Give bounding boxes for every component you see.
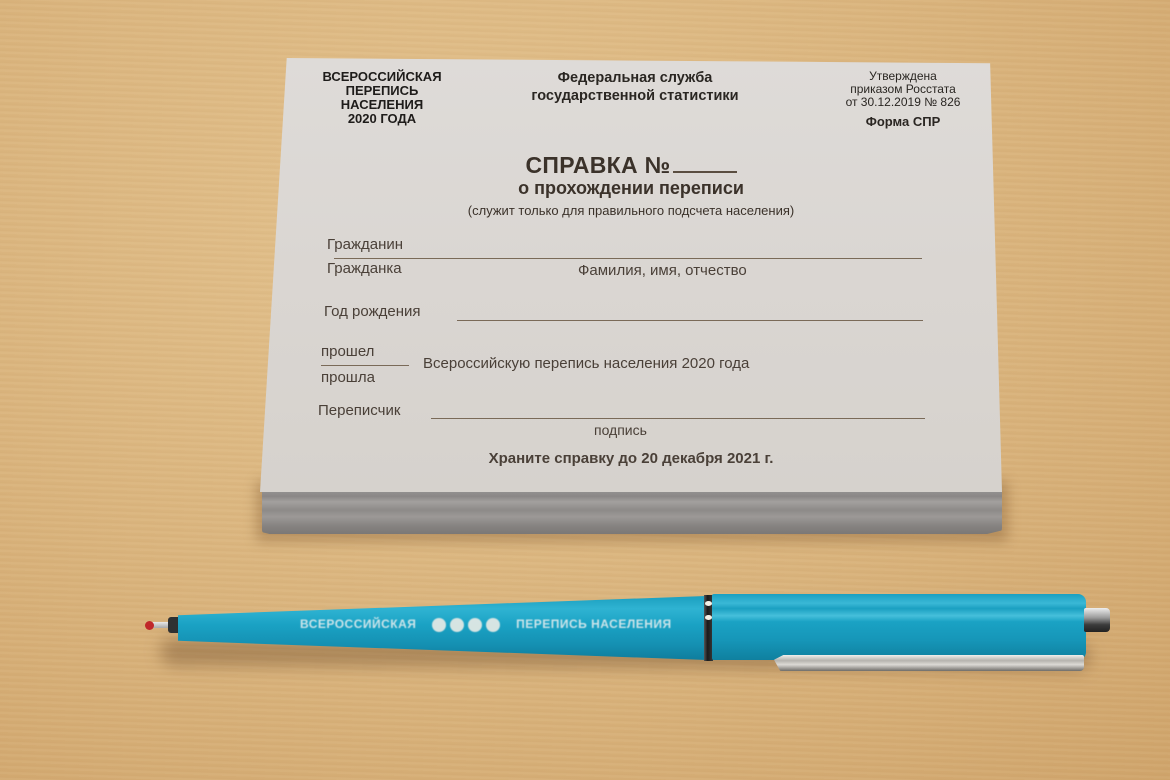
number-blank [673, 155, 737, 173]
agency-name: Федеральная служба государственной стати… [480, 69, 790, 105]
birth-year-label: Год рождения [324, 303, 420, 320]
census-logo-icon [430, 617, 502, 632]
agency-name-line: Федеральная служба [480, 69, 790, 87]
pen-upper-barrel [712, 594, 1086, 660]
title-text: СПРАВКА № [525, 152, 670, 178]
passed-census-text: Всероссийскую перепись населения 2020 го… [423, 355, 749, 372]
signature-line [431, 418, 925, 419]
header-left-line: ПЕРЕПИСЬ [302, 84, 462, 98]
name-caption: Фамилия, имя, отчество [578, 262, 747, 279]
passed-female-label: прошла [321, 369, 375, 386]
pen-tip-red [145, 621, 154, 630]
citizen-male-label: Гражданин [327, 236, 403, 253]
passed-male-label: прошел [321, 343, 374, 360]
certificate-subtitle: о прохождении переписи [260, 178, 1002, 199]
enumerator-label: Переписчик [318, 402, 400, 419]
header-left-line: ВСЕРОССИЙСКАЯ [302, 70, 462, 84]
desk-scene: ВСЕРОССИЙСКАЯ ПЕРЕПИСЬ НАСЕЛЕНИЯ 2020 ГО… [0, 0, 1170, 780]
form-name: Форма СПР [808, 115, 998, 128]
pen-imprint-left: ВСЕРОССИЙСКАЯ [300, 617, 416, 631]
birth-year-line [457, 320, 923, 321]
name-line [334, 258, 922, 259]
census-logo-text: ВСЕРОССИЙСКАЯ ПЕРЕПИСЬ НАСЕЛЕНИЯ 2020 ГО… [302, 70, 462, 126]
signature-caption: подпись [594, 422, 647, 438]
pen-imprint-right: ПЕРЕПИСЬ НАСЕЛЕНИЯ [516, 617, 672, 631]
citizen-female-label: Гражданка [327, 260, 402, 277]
passed-divider [321, 365, 409, 366]
header-left-line: 2020 ГОДА [302, 112, 462, 126]
certificate-note: (служит только для правильного подсчета … [260, 203, 1002, 218]
card-stack-edge [262, 488, 1002, 534]
approval-line: от 30.12.2019 № 826 [808, 96, 998, 109]
keep-until-footer: Храните справку до 20 декабря 2021 г. [260, 450, 1002, 467]
pen-clip [774, 655, 1084, 671]
pen-imprint: ВСЕРОССИЙСКАЯ ПЕРЕПИСЬ НАСЕЛЕНИЯ [300, 617, 700, 633]
agency-name-line: государственной статистики [480, 87, 790, 105]
certificate-title: СПРАВКА № [260, 152, 1002, 179]
approval-note: Утверждена приказом Росстата от 30.12.20… [808, 70, 998, 128]
census-certificate-card: ВСЕРОССИЙСКАЯ ПЕРЕПИСЬ НАСЕЛЕНИЯ 2020 ГО… [260, 58, 1002, 492]
pen-click-button [1084, 608, 1110, 632]
header-left-line: НАСЕЛЕНИЯ [302, 98, 462, 112]
